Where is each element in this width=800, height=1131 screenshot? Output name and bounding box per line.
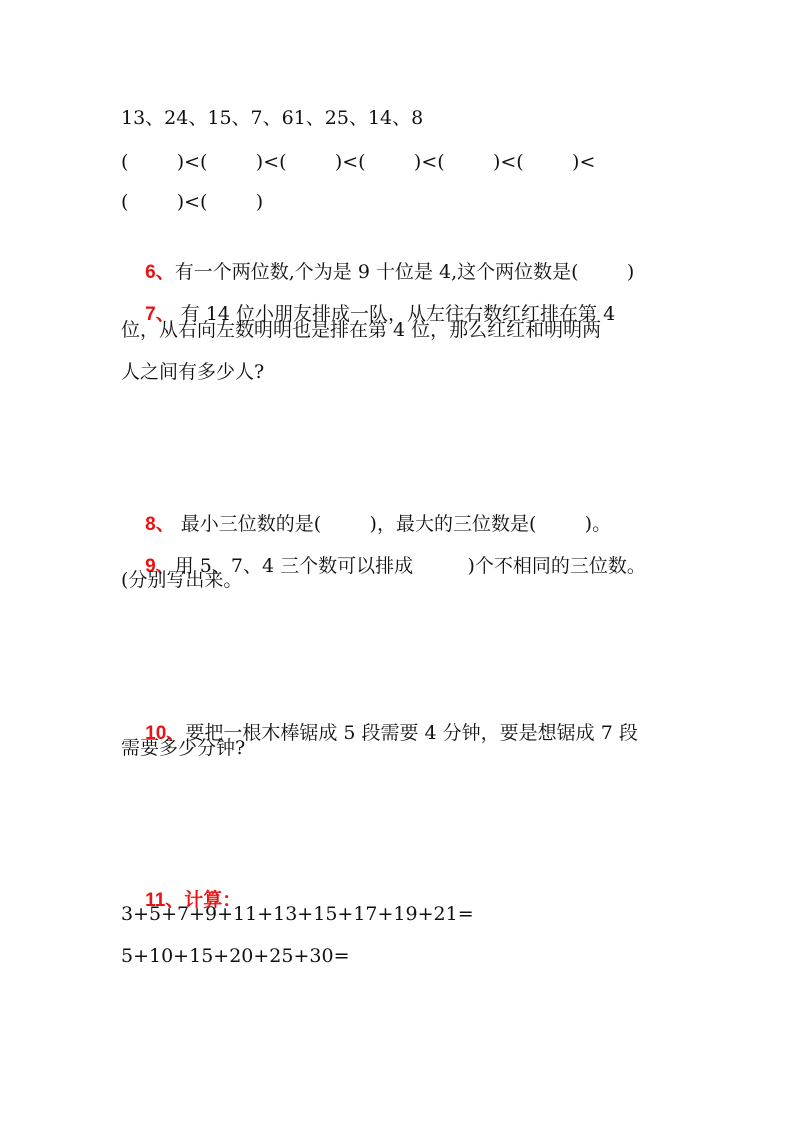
question-9-line-2: (分别写出来。 (121, 566, 242, 594)
question-text: 用 5、7、4 三个数可以排成 )个不相同的三位数。 (175, 555, 646, 577)
question-7: 7、 有 14 位小朋友排成一队，从左往右数红红排在第 4 (121, 272, 615, 357)
comparison-blanks-row-2: ( )<( ) (121, 188, 263, 216)
calculation-1: 3+5+7+9+11+13+15+17+19+21= (121, 900, 474, 928)
calculation-2: 5+10+15+20+25+30= (121, 942, 350, 970)
worksheet-page: 13、24、15、7、61、25、14、8 ( )<( )<( )<( )<( … (0, 0, 800, 1131)
comparison-blanks-row-1: ( )<( )<( )<( )<( )<( )< (121, 148, 595, 176)
number-sequence: 13、24、15、7、61、25、14、8 (121, 104, 423, 132)
question-7-line-2: 位，从右向左数明明也是排在第 4 位，那么红红和明明两 (121, 316, 601, 344)
question-7-line-3: 人之间有多少人? (121, 358, 264, 386)
question-10-line-2: 需要多少分钟? (121, 734, 245, 762)
question-text: 要把一根木棒锯成 5 段需要 4 分钟，要是想锯成 7 段 (185, 722, 638, 744)
